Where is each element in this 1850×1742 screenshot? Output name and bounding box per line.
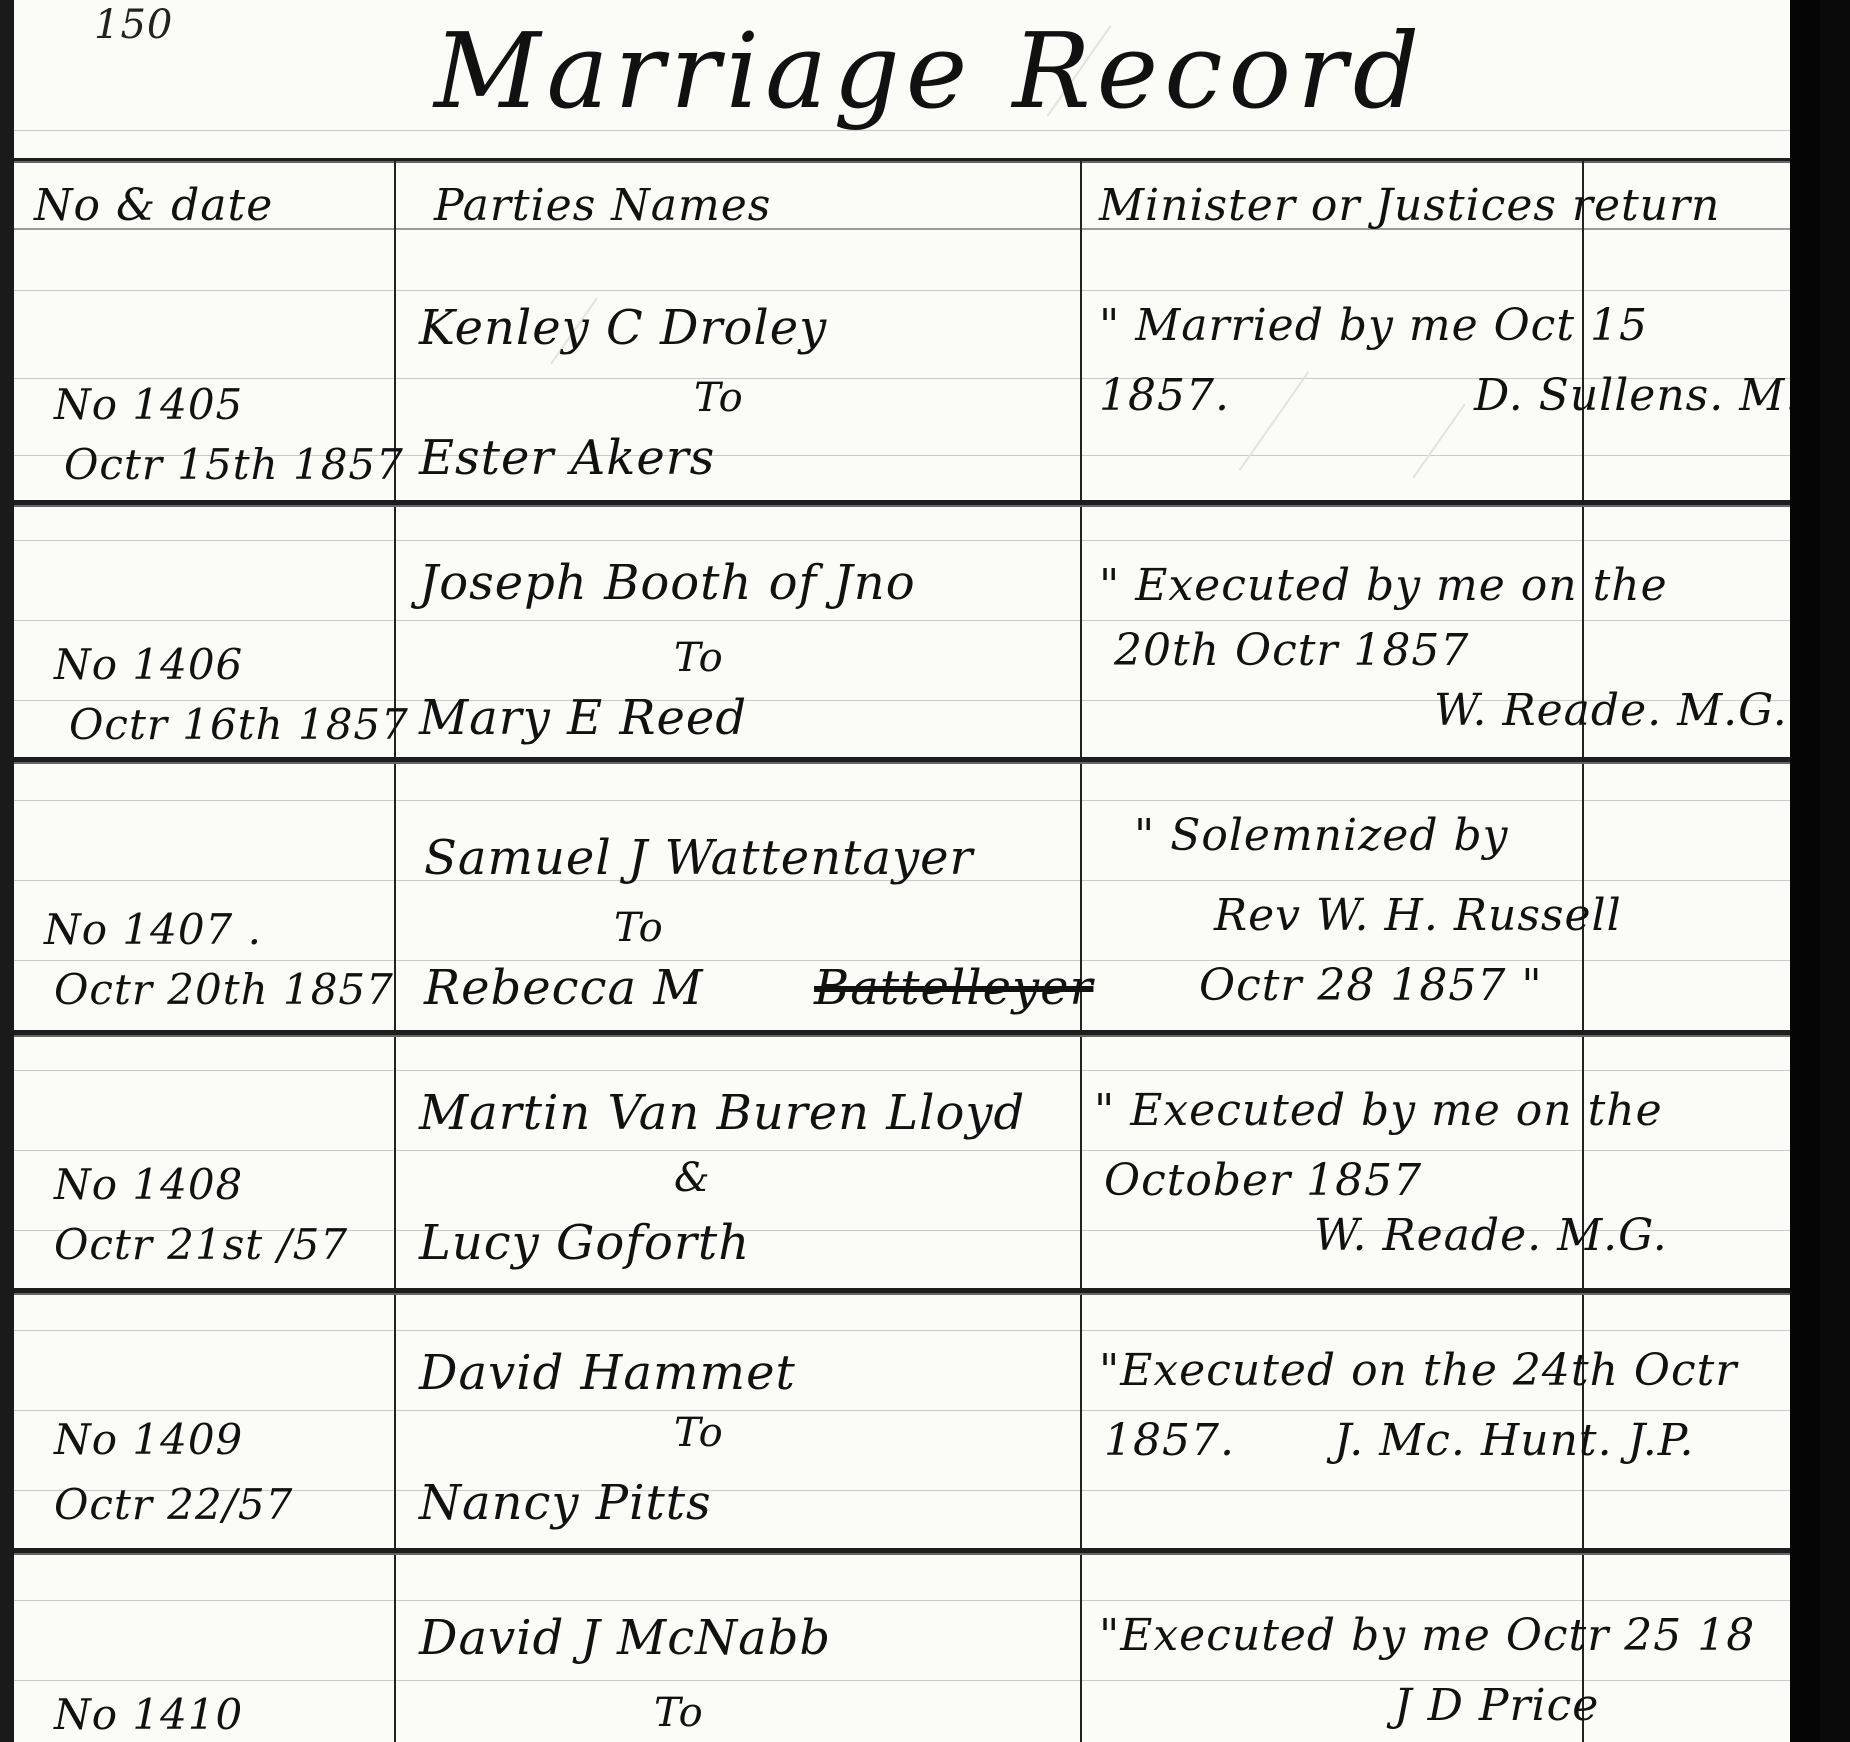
scan-left-edge — [0, 0, 14, 1742]
rule-line — [14, 540, 1790, 541]
rule-line — [14, 1150, 1790, 1151]
return-text: " Married by me Oct 15 — [1099, 300, 1648, 351]
column-header-return: Minister or Justices return — [1099, 180, 1720, 231]
rule-line — [14, 620, 1790, 621]
column-divider — [394, 160, 396, 1742]
return-text: " Executed by me on the — [1099, 560, 1668, 611]
entry-date: Octr 20th 1857 — [54, 965, 394, 1014]
bride-name: Rebecca M — [424, 960, 703, 1016]
connector-word: To — [694, 375, 744, 421]
connector-word: To — [674, 1410, 724, 1456]
rule-line — [14, 1070, 1790, 1071]
column-header-parties: Parties Names — [434, 180, 771, 231]
page-binding-edge — [1790, 0, 1820, 1742]
groom-name: Kenley C Droley — [419, 300, 827, 356]
bride-name: Mary E Reed — [419, 690, 747, 746]
page-number: 150 — [94, 2, 173, 48]
entry-date: Octr 21st /57 — [54, 1220, 348, 1269]
return-text: " Executed by me on the — [1094, 1085, 1663, 1136]
rule-line — [14, 1410, 1790, 1411]
officiant-signature: D. Sullens. M.G — [1474, 370, 1820, 421]
rule-line — [14, 1330, 1790, 1331]
entry-number: No 1408 — [54, 1160, 243, 1209]
header-top-rule — [14, 158, 1790, 163]
entry-divider — [14, 1288, 1790, 1295]
groom-name: David Hammet — [419, 1345, 796, 1401]
groom-name: Samuel J Wattentayer — [424, 830, 974, 886]
entry-number: No 1405 — [54, 380, 243, 429]
groom-name: David J McNabb — [419, 1610, 831, 1666]
groom-name: Martin Van Buren Lloyd — [419, 1085, 1025, 1141]
connector-word: To — [614, 905, 664, 951]
return-text: "Executed on the 24th Octr — [1099, 1345, 1737, 1396]
entry-date: Octr 16th 1857 — [69, 700, 409, 749]
entry-number: No 1406 — [54, 640, 243, 689]
bride-name: Nancy Pitts — [419, 1475, 712, 1531]
connector-word: & — [674, 1155, 711, 1201]
entry-divider — [14, 1030, 1790, 1037]
return-text: Octr 28 1857 " — [1199, 960, 1543, 1011]
bride-name: Ester Akers — [419, 430, 715, 486]
officiant-signature: W. Reade. M.G. — [1434, 685, 1788, 736]
struck-surname: Battelleyer — [814, 960, 1093, 1016]
column-header-number-date: No & date — [34, 180, 273, 231]
officiant-signature: W. Reade. M.G. — [1314, 1210, 1668, 1261]
rule-line — [14, 800, 1790, 801]
return-text: "Executed by me Octr 25 18 — [1099, 1610, 1755, 1661]
entry-number: No 1410 — [54, 1690, 243, 1739]
connector-word: To — [654, 1690, 704, 1736]
return-text: 1857. — [1104, 1415, 1235, 1466]
rule-line — [14, 1600, 1790, 1601]
entry-number: No 1409 — [54, 1415, 243, 1464]
entry-divider — [14, 500, 1790, 507]
ledger-page: 150 Marriage Record No & date Parties Na… — [14, 0, 1820, 1742]
page-title: Marriage Record — [434, 10, 1425, 132]
return-text: " Solemnized by — [1134, 810, 1509, 861]
return-text: Rev W. H. Russell — [1214, 890, 1622, 941]
bleed-through-mark — [1412, 404, 1465, 479]
entry-divider — [14, 1548, 1790, 1555]
entry-number: No 1407 . — [44, 905, 262, 954]
officiant-signature: J. Mc. Hunt. J.P. — [1334, 1415, 1694, 1466]
bride-name: Lucy Goforth — [419, 1215, 750, 1271]
groom-name: Joseph Booth of Jno — [419, 555, 916, 611]
entry-date: Octr 22/57 — [54, 1480, 293, 1529]
entry-date: Octr 15th 1857 — [64, 440, 404, 489]
return-text: October 1857 — [1104, 1155, 1422, 1206]
return-text: 1857. — [1099, 370, 1230, 421]
return-text: 20th Octr 1857 — [1114, 625, 1469, 676]
rule-line — [14, 290, 1790, 291]
column-divider — [1080, 160, 1082, 1742]
connector-word: To — [674, 635, 724, 681]
officiant-signature: J D Price — [1394, 1680, 1599, 1731]
entry-divider — [14, 757, 1790, 764]
